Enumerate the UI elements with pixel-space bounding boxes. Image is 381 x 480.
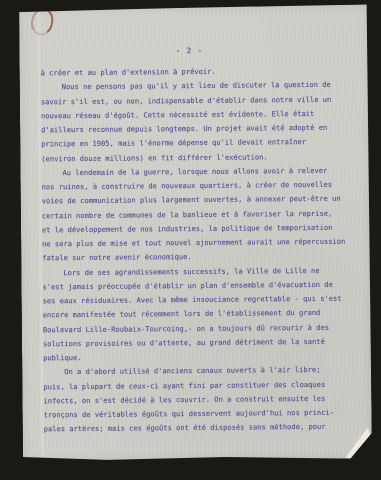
text-line: pales artères; mais ces égoûts ont été d… xyxy=(44,420,368,437)
document-page: - 2 - à créer et au plan d'extension à p… xyxy=(19,4,372,461)
page-number: - 2 - xyxy=(19,45,359,57)
text-line: savoir s'il est, ou non, indispensable d… xyxy=(41,92,365,109)
text-line: solutions provisoires ou d'attente, au g… xyxy=(43,334,367,351)
document-text: à créer et au plan d'extension à prévoir… xyxy=(41,64,368,437)
